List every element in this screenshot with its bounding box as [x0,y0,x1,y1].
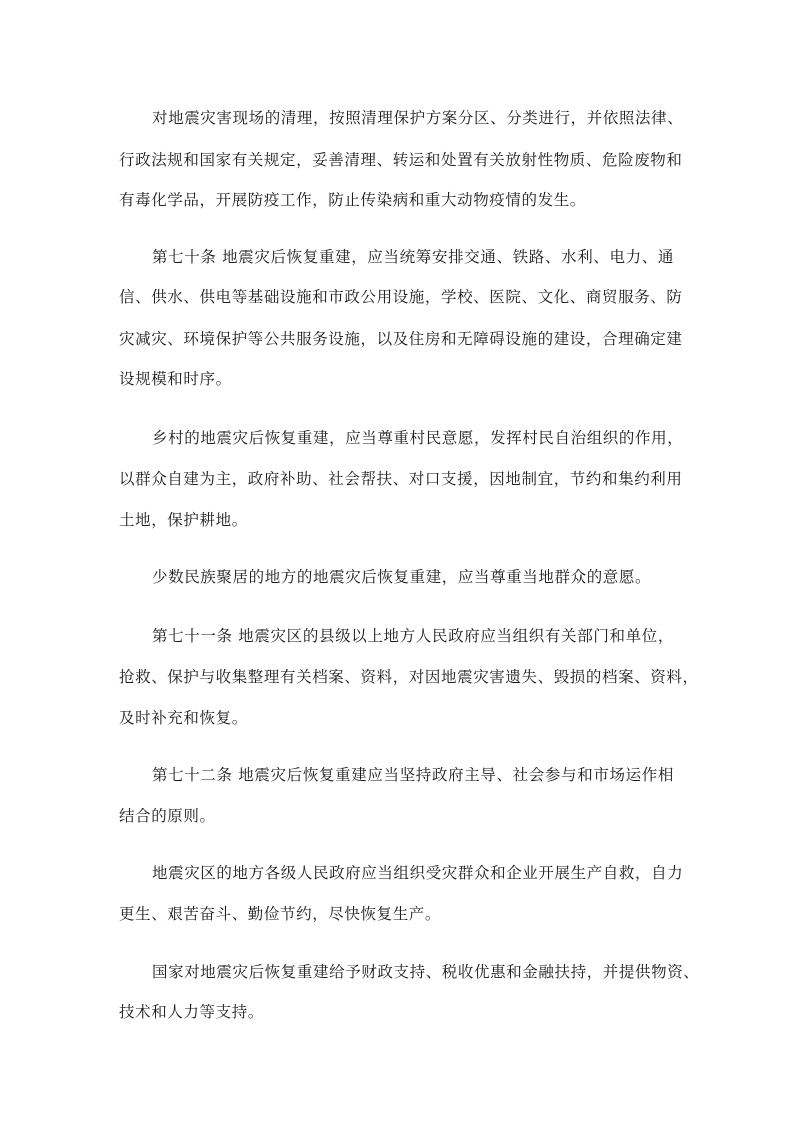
paragraph-line: 结合的原则。 [119,804,679,828]
paragraph-line: 国家对地震灾后恢复重建给予财政支持、税收优惠和金融扶持，并提供物资、 [152,960,674,984]
paragraph-line: 技术和人力等支持。 [119,1000,679,1024]
paragraph-line: 有毒化学品，开展防疫工作，防止传染病和重大动物疫情的发生。 [119,188,679,212]
paragraph-line: 第七十条 地震灾后恢复重建，应当统筹安排交通、铁路、水利、电力、通 [152,245,674,269]
paragraph-line: 抢救、保护与收集整理有关档案、资料，对因地震灾害遗失、毁损的档案、资料， [119,665,679,689]
paragraph-line: 对地震灾害现场的清理，按照清理保护方案分区、分类进行，并依照法律、 [152,106,674,130]
paragraph-line: 设规模和时序。 [119,367,679,391]
paragraph-line: 第七十二条 地震灾后恢复重建应当坚持政府主导、社会参与和市场运作相 [152,763,674,787]
document-page: 对地震灾害现场的清理，按照清理保护方案分区、分类进行，并依照法律、 行政法规和国… [0,0,793,1122]
paragraph-line: 更生、艰苦奋斗、勤俭节约，尽快恢复生产。 [119,902,679,926]
paragraph-line: 乡村的地震灾后恢复重建，应当尊重村民意愿，发挥村民自治组织的作用， [152,426,674,450]
paragraph-line: 行政法规和国家有关规定，妥善清理、转运和处置有关放射性物质、危险废物和 [119,148,679,172]
paragraph-line: 信、供水、供电等基础设施和市政公用设施，学校、医院、文化、商贸服务、防 [119,285,679,309]
paragraph-line: 地震灾区的地方各级人民政府应当组织受灾群众和企业开展生产自救，自力 [152,861,674,885]
paragraph-line: 第七十一条 地震灾区的县级以上地方人民政府应当组织有关部门和单位， [152,624,674,648]
paragraph-line: 以群众自建为主，政府补助、社会帮扶、对口支援，因地制宜，节约和集约利用 [119,467,679,491]
paragraph-line: 及时补充和恢复。 [119,706,679,730]
paragraph-line: 土地，保护耕地。 [119,508,679,532]
paragraph-line: 灾减灾、环境保护等公共服务设施，以及住房和无障碍设施的建设，合理确定建 [119,327,679,351]
paragraph-line: 少数民族聚居的地方的地震灾后恢复重建，应当尊重当地群众的意愿。 [152,565,712,589]
